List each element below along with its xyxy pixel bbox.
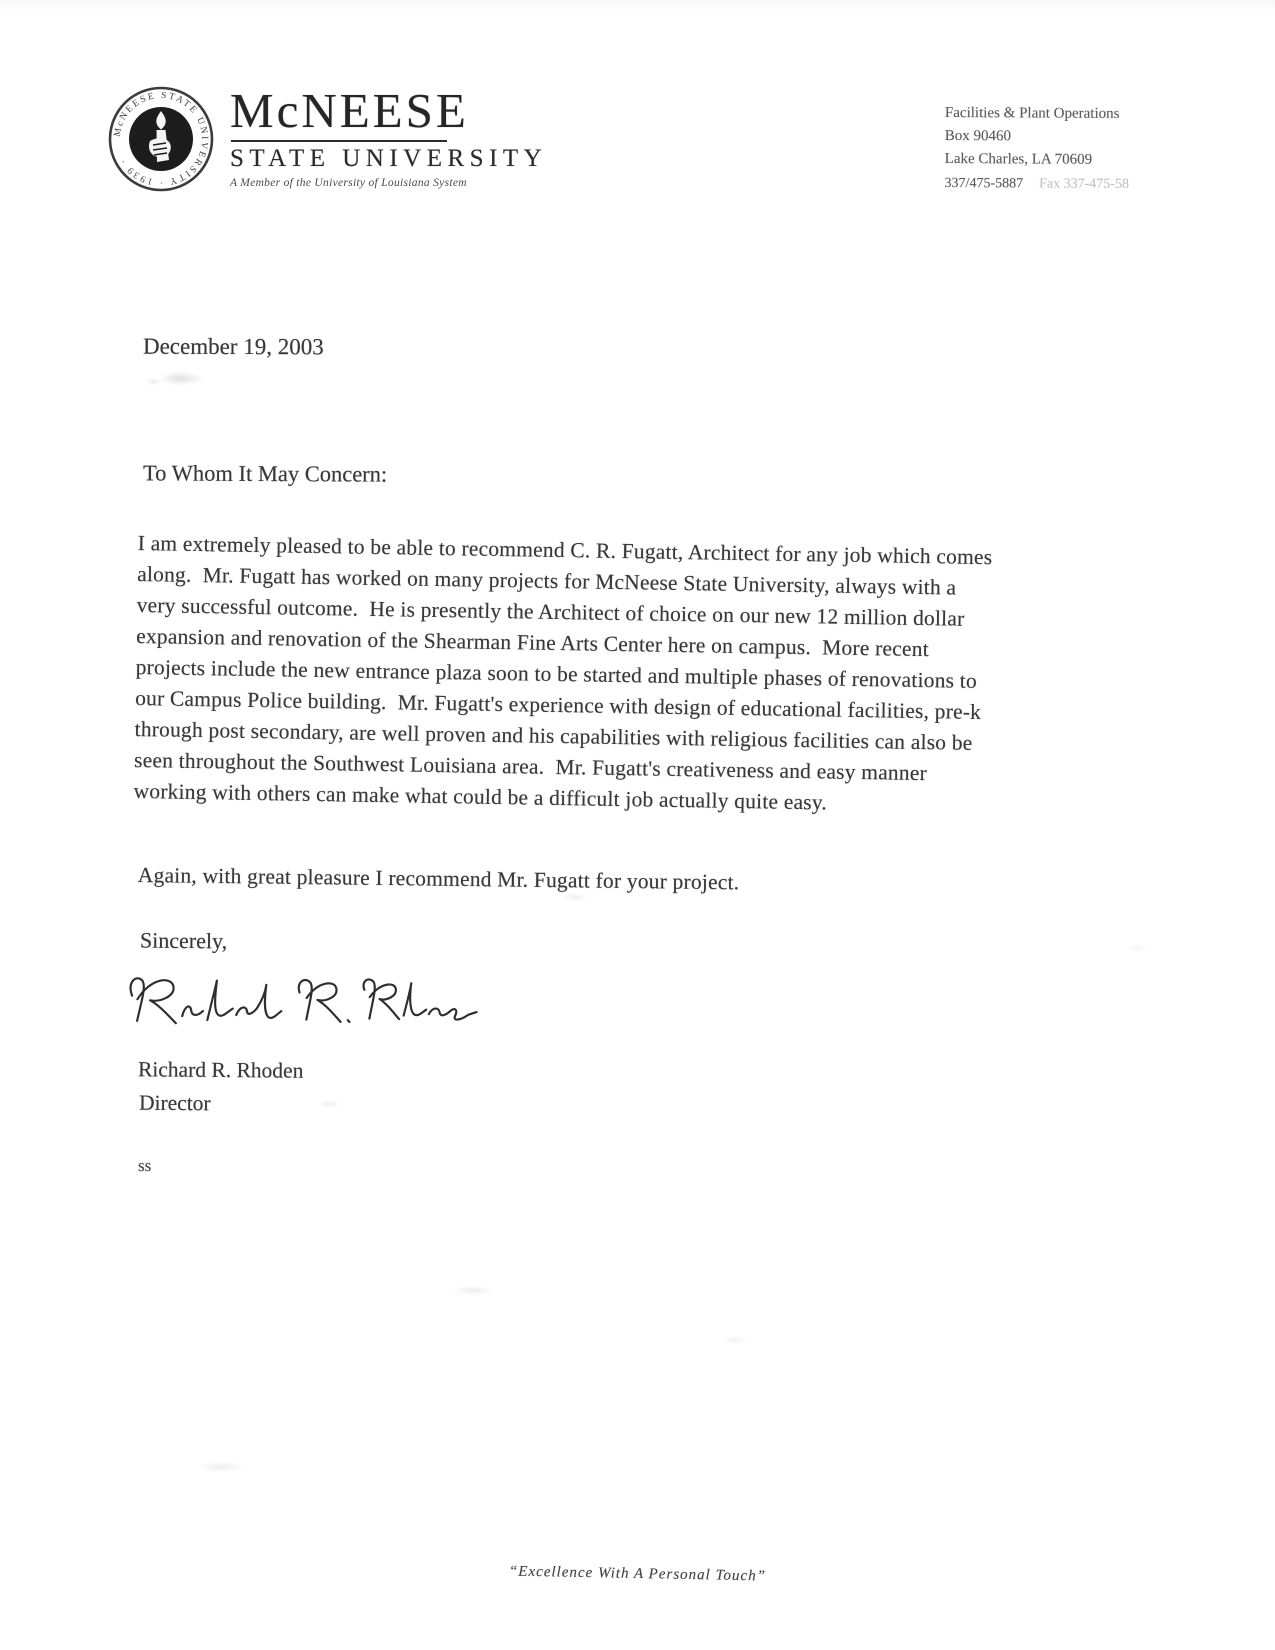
closing-paragraph: Again, with great pleasure I recommend M… <box>138 863 740 895</box>
scan-smudge <box>318 1100 342 1108</box>
fax-number: Fax 337-475-58 <box>1039 176 1129 191</box>
letter-date: December 19, 2003 <box>143 334 324 361</box>
scan-smudge <box>562 893 588 901</box>
department-name: Facilities & Plant Operations <box>945 102 1130 126</box>
closing-word: Sincerely, <box>140 928 227 955</box>
scan-smudge <box>198 1462 244 1472</box>
university-seal-icon: McNEESE STATE UNIVERSITY · 1939 · <box>106 84 216 194</box>
letterhead: McNEESE STATE UNIVERSITY · 1939 · McNEES… <box>106 84 547 194</box>
university-name: McNEESE <box>230 86 547 135</box>
body-paragraph: I am extremely pleased to be able to rec… <box>133 528 992 821</box>
footer-motto: “Excellence With A Personal Touch” <box>0 1554 1275 1595</box>
wordmark-divider <box>231 140 447 142</box>
phone-number: 337/475-5887 <box>945 176 1024 191</box>
typist-initials: ss <box>138 1156 151 1176</box>
scan-smudge <box>1128 944 1148 951</box>
department-city: Lake Charles, LA 70609 <box>945 148 1130 172</box>
signature-handwriting <box>119 958 480 1063</box>
signer-title: Director <box>139 1091 211 1117</box>
department-box: Box 90460 <box>945 125 1130 149</box>
department-phone-line: 337/475-5887Fax 337-475-58 <box>945 172 1130 196</box>
department-address-block: Facilities & Plant Operations Box 90460 … <box>945 102 1130 196</box>
scanned-letter-page: McNEESE STATE UNIVERSITY · 1939 · McNEES… <box>0 0 1275 1650</box>
university-tagline: A Member of the University of Louisiana … <box>230 177 547 189</box>
scan-smudge <box>722 1336 748 1344</box>
scan-edge-artifact <box>0 0 1275 12</box>
signer-name: Richard R. Rhoden <box>138 1057 304 1083</box>
salutation: To Whom It May Concern: <box>143 460 387 487</box>
scan-smudge <box>158 372 204 385</box>
university-name-line2: STATE UNIVERSITY <box>230 146 547 171</box>
university-wordmark: McNEESE STATE UNIVERSITY A Member of the… <box>230 84 547 189</box>
scan-smudge <box>452 1286 494 1295</box>
scan-smudge <box>146 378 162 385</box>
